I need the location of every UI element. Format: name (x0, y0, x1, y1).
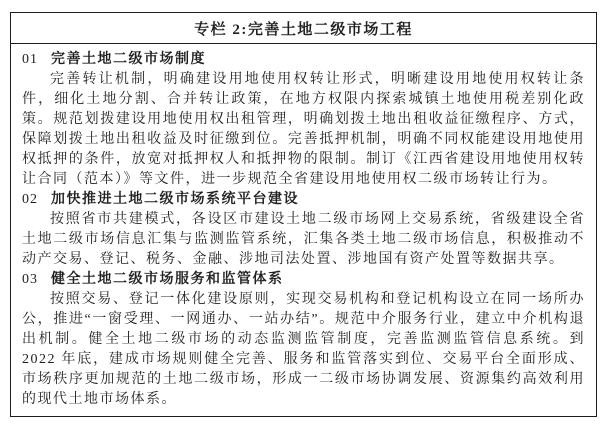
section-heading: 01完善土地二级市场制度 (22, 50, 585, 70)
section-number: 02 (22, 192, 38, 207)
section-heading-text: 健全土地二级市场服务和监管体系 (51, 272, 284, 287)
section-01: 01完善土地二级市场制度 完善转让机制，明确建设用地使用权转让形式，明晰建设用地… (22, 50, 585, 190)
section-heading-text: 完善土地二级市场制度 (51, 52, 206, 67)
panel-content: 01完善土地二级市场制度 完善转让机制，明确建设用地使用权转让形式，明晰建设用地… (11, 44, 596, 410)
section-heading-text: 加快推进土地二级市场系统平台建设 (51, 192, 299, 207)
section-body-text: 按照省市共建模式，各设区市建设土地二级市场网上交易系统，省级建设全省土地二级市场… (22, 210, 585, 270)
section-03: 03健全土地二级市场服务和监管体系 按照交易、登记一体化建设原则，实现交易机构和… (22, 270, 585, 410)
panel-title-bar: 专栏 2:完善土地二级市场工程 (11, 13, 596, 44)
section-heading: 03健全土地二级市场服务和监管体系 (22, 270, 585, 290)
document-page: 专栏 2:完善土地二级市场工程 01完善土地二级市场制度 完善转让机制，明确建设… (0, 0, 610, 428)
section-number: 01 (22, 52, 38, 67)
section-number: 03 (22, 272, 38, 287)
section-body-text: 完善转让机制，明确建设用地使用权转让形式，明晰建设用地使用权转让条件，细化土地分… (22, 70, 585, 190)
section-body-text: 按照交易、登记一体化建设原则，实现交易机构和登记机构设立在同一场所办公，推进“一… (22, 290, 585, 410)
section-02: 02加快推进土地二级市场系统平台建设 按照省市共建模式，各设区市建设土地二级市场… (22, 190, 585, 270)
panel-title: 专栏 2:完善土地二级市场工程 (194, 18, 413, 39)
section-heading: 02加快推进土地二级市场系统平台建设 (22, 190, 585, 210)
column-panel: 专栏 2:完善土地二级市场工程 01完善土地二级市场制度 完善转让机制，明确建设… (10, 12, 597, 417)
